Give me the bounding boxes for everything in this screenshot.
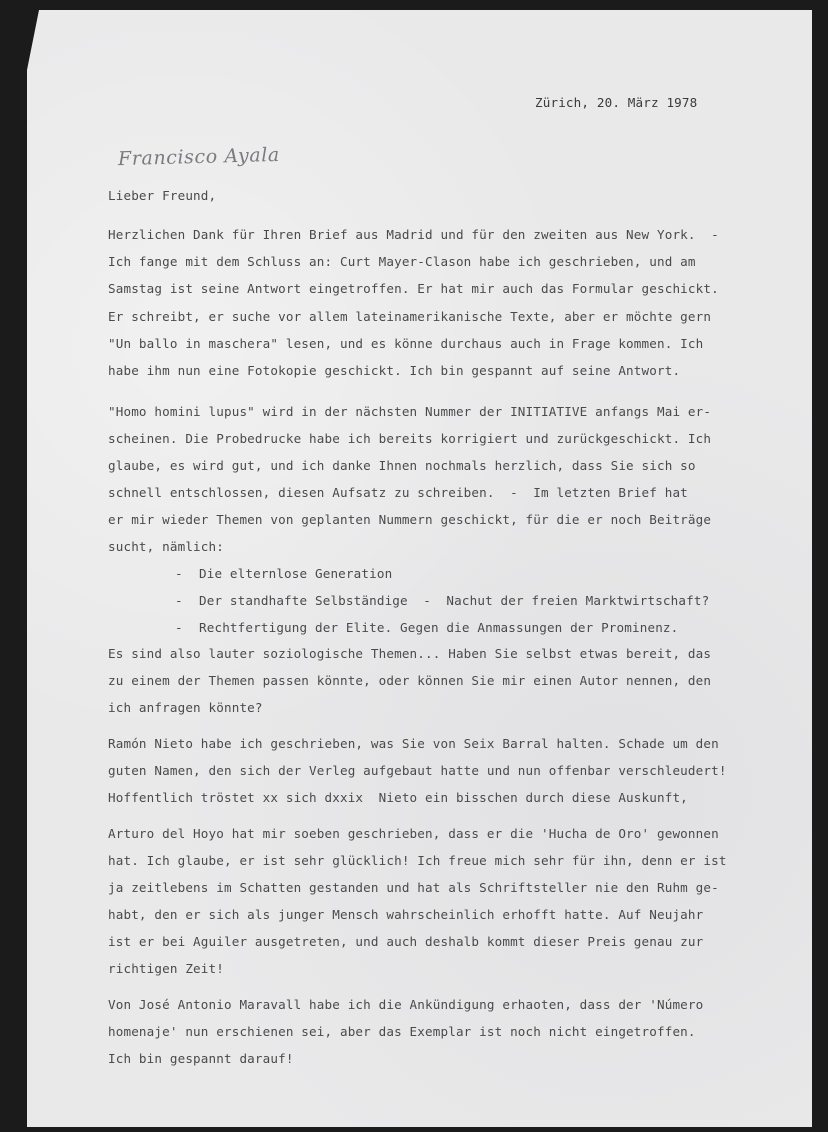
paragraph-4-line: ist er bei Aguiler ausgetreten, und auch… xyxy=(108,936,703,949)
paragraph-3-line: Hoffentlich tröstet xx sich dxxix Nieto … xyxy=(108,792,688,805)
date-line: Zürich, 20. März 1978 xyxy=(535,95,697,110)
paragraph-3-line: guten Namen, den sich der Verleg aufgeba… xyxy=(108,765,727,778)
list-dash: - xyxy=(175,595,199,608)
paragraph-2-line: sucht, nämlich: xyxy=(108,541,224,554)
list-dash: - xyxy=(175,568,199,581)
paragraph-5-line: Ich bin gespannt darauf! xyxy=(108,1053,294,1066)
paragraph-2-line: "Homo homini lupus" wird in der nächsten… xyxy=(108,406,711,419)
paragraph-2-line: scheinen. Die Probedrucke habe ich berei… xyxy=(108,433,711,446)
paragraph-2-line: er mir wieder Themen von geplanten Numme… xyxy=(108,514,711,527)
handwritten-recipient-annotation: Francisco Ayala xyxy=(118,144,280,170)
paragraph-1-line: Er schreibt, er suche vor allem lateinam… xyxy=(108,311,711,324)
paragraph-4-line: ja zeitlebens im Schatten gestanden und … xyxy=(108,882,719,895)
paragraph-2-line: ich anfragen könnte? xyxy=(108,702,263,715)
topic-list-item: -Die elternlose Generation xyxy=(175,568,392,581)
topic-list-item: -Der standhafte Selbständige - Nachut de… xyxy=(175,595,709,608)
topic-label: Die elternlose Generation xyxy=(199,566,392,581)
paragraph-2-line: zu einem der Themen passen könnte, oder … xyxy=(108,675,711,688)
topic-list-item: -Rechtfertigung der Elite. Gegen die Anm… xyxy=(175,622,678,635)
paragraph-4-line: richtigen Zeit! xyxy=(108,963,224,976)
topic-label: Rechtfertigung der Elite. Gegen die Anma… xyxy=(199,620,678,635)
paragraph-2-line: Es sind also lauter soziologische Themen… xyxy=(108,648,711,661)
paragraph-1-line: habe ihm nun eine Fotokopie geschickt. I… xyxy=(108,365,680,378)
paragraph-5-line: Von José Antonio Maravall habe ich die A… xyxy=(108,999,703,1012)
topic-label: Der standhafte Selbständige - Nachut der… xyxy=(199,593,709,608)
paragraph-2-line: glaube, es wird gut, und ich danke Ihnen… xyxy=(108,460,696,473)
letter-page xyxy=(27,10,812,1127)
paragraph-2-line: schnell entschlossen, diesen Aufsatz zu … xyxy=(108,487,688,500)
paragraph-4-line: hat. Ich glaube, er ist sehr glücklich! … xyxy=(108,855,727,868)
paragraph-4-line: Arturo del Hoyo hat mir soeben geschrieb… xyxy=(108,828,719,841)
paragraph-3-line: Ramón Nieto habe ich geschrieben, was Si… xyxy=(108,738,719,751)
paragraph-5-line: homenaje' nun erschienen sei, aber das E… xyxy=(108,1026,696,1039)
paragraph-1-line: "Un ballo in maschera" lesen, und es kön… xyxy=(108,338,703,351)
salutation: Lieber Freund, xyxy=(108,188,216,203)
paragraph-1-line: Samstag ist seine Antwort eingetroffen. … xyxy=(108,283,719,296)
list-dash: - xyxy=(175,622,199,635)
paragraph-1-line: Herzlichen Dank für Ihren Brief aus Madr… xyxy=(108,229,719,242)
paragraph-4-line: habt, den er sich als junger Mensch wahr… xyxy=(108,909,703,922)
paragraph-1-line: Ich fange mit dem Schluss an: Curt Mayer… xyxy=(108,256,696,269)
